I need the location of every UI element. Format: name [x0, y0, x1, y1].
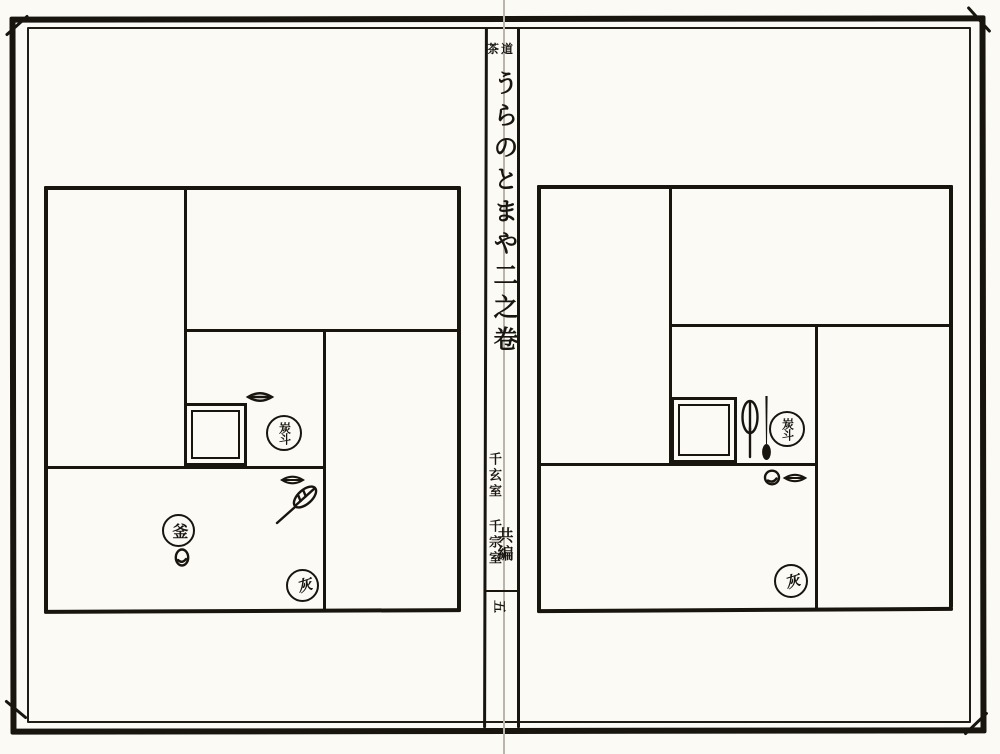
- ro-hearth: [184, 403, 247, 466]
- kettle-ring-icon: [763, 469, 781, 486]
- wall: [537, 185, 953, 189]
- editor-right: 千玄室: [486, 452, 501, 500]
- wall: [537, 185, 541, 611]
- ro-hearth-inner: [678, 404, 730, 456]
- wall: [184, 329, 460, 332]
- ash-container-seal: 灰: [286, 569, 319, 602]
- feather-brush-icon: [738, 398, 762, 460]
- wall: [537, 463, 818, 466]
- charcoal-basket-seal: 炭斗: [769, 411, 805, 447]
- feather-brush-icon: [272, 482, 322, 526]
- ash-container-seal: 灰: [774, 564, 808, 598]
- book-scan-page: 茶道 うらのとまや二之卷 千玄室 千宗室 共編 五 炭斗: [0, 0, 1000, 754]
- spine-divider-line: [485, 590, 518, 592]
- ro-hearth-inner: [191, 410, 240, 459]
- wall: [44, 186, 460, 190]
- wall: [44, 466, 326, 469]
- wall: [457, 186, 461, 610]
- wall: [949, 185, 953, 608]
- kettle-seal: 釜: [162, 514, 195, 547]
- charcoal-basket-seal: 炭斗: [266, 415, 302, 451]
- incense-container-icon: [783, 471, 807, 485]
- wall: [323, 329, 326, 611]
- series-label: 茶道: [483, 40, 519, 57]
- wall: [815, 324, 818, 610]
- wall: [44, 186, 48, 612]
- lid-rest-icon: [174, 548, 190, 567]
- folio-number: 五: [491, 600, 510, 613]
- spine-title: うらのとまや二之卷: [486, 70, 522, 358]
- incense-container-icon: [246, 389, 274, 405]
- editors-suffix: 共編: [493, 527, 516, 563]
- ro-hearth: [671, 397, 737, 463]
- wall: [669, 324, 953, 327]
